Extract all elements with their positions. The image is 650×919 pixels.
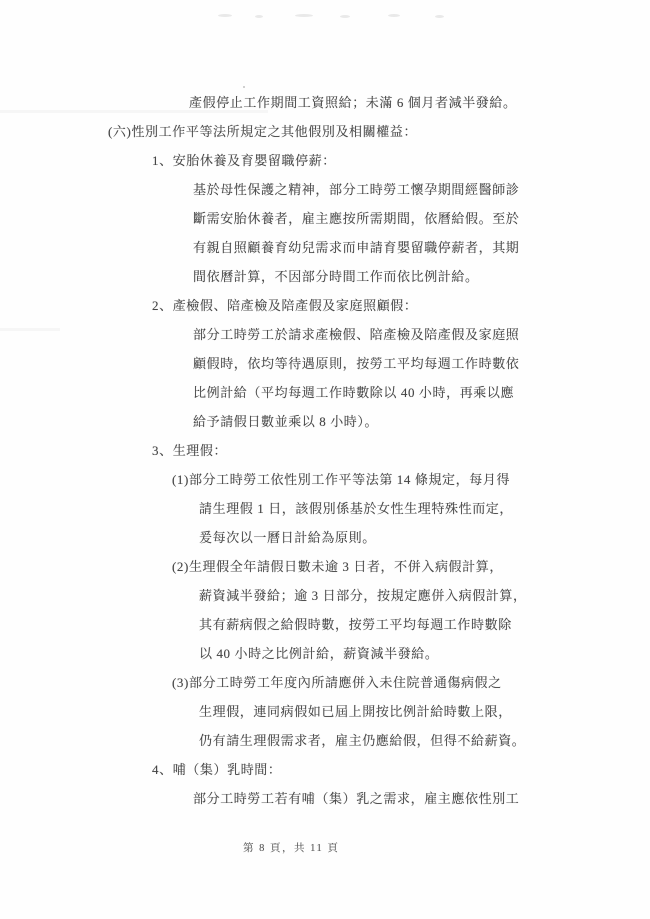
- doc-line: 給予請假日數並乘以 8 小時）。: [193, 408, 378, 436]
- doc-line: 1、安胎休養及育嬰留職停薪：: [152, 147, 336, 175]
- doc-line: 產假停止工作期間工資照給；未滿 6 個月者減半發給。: [189, 89, 517, 117]
- doc-line: (3)部分工時勞工年度內所請應併入未住院普通傷病假之: [172, 669, 502, 697]
- scan-artifact: [255, 15, 263, 18]
- doc-line: 斷需安胎休養者，雇主應按所需期間，依曆給假。至於: [193, 205, 519, 233]
- scan-artifact: [243, 86, 245, 88]
- doc-line: 4、哺（集）乳時間：: [152, 756, 282, 784]
- scan-artifact: [340, 15, 350, 18]
- doc-line: 以 40 小時之比例計給，薪資減半發給。: [199, 640, 439, 668]
- doc-line: 部分工時勞工於請求產檢假、陪產檢及陪產假及家庭照: [193, 321, 519, 349]
- document-page: 產假停止工作期間工資照給；未滿 6 個月者減半發給。 (六)性別工作平等法所規定…: [0, 0, 650, 919]
- doc-line: 比例計給（平均每週工作時數除以 40 小時，再乘以應: [193, 379, 514, 407]
- scan-artifact: [218, 14, 232, 17]
- scan-artifact: [435, 15, 444, 18]
- doc-line: (六)性別工作平等法所規定之其他假別及相關權益：: [108, 118, 417, 146]
- scan-artifact: [0, 328, 60, 331]
- doc-line: 生理假，連同病假如已屆上開按比例計給時數上限，: [199, 698, 512, 726]
- doc-line: 有親自照顧養育幼兒需求而申請育嬰留職停薪者，其期: [193, 234, 519, 262]
- doc-line: (1)部分工時勞工依性別工作平等法第 14 條規定，每月得: [172, 466, 510, 494]
- doc-line: 3、生理假：: [152, 437, 227, 465]
- doc-line: 爰每次以一曆日計給為原則。: [199, 524, 376, 552]
- doc-line: 顧假時，依均等待遇原則，按勞工平均每週工作時數依: [193, 350, 519, 378]
- doc-line: 仍有請生理假需求者，雇主仍應給假，但得不給薪資。: [199, 727, 525, 755]
- doc-line: 2、產檢假、陪產檢及陪產假及家庭照顧假：: [152, 292, 418, 320]
- doc-line: (2)生理假全年請假日數未逾 3 日者，不併入病假計算，: [172, 553, 503, 581]
- doc-line: 部分工時勞工若有哺（集）乳之需求，雇主應依性別工: [193, 785, 519, 813]
- page-number: 第 8 頁，共 11 頁: [243, 840, 339, 858]
- doc-line: 其有薪病假之給假時數，按勞工平均每週工作時數除: [199, 611, 512, 639]
- doc-line: 薪資減半發給；逾 3 日部分，按規定應併入病假計算，: [199, 582, 527, 610]
- scan-artifact: [295, 14, 313, 17]
- doc-line: 請生理假 1 日，該假別係基於女性生理特殊性而定，: [199, 495, 513, 523]
- doc-line: 基於母性保護之精神，部分工時勞工懷孕期間經醫師診: [193, 176, 519, 204]
- doc-line: 間依曆計算，不因部分時間工作而依比例計給。: [193, 263, 479, 291]
- scan-artifact: [388, 14, 400, 17]
